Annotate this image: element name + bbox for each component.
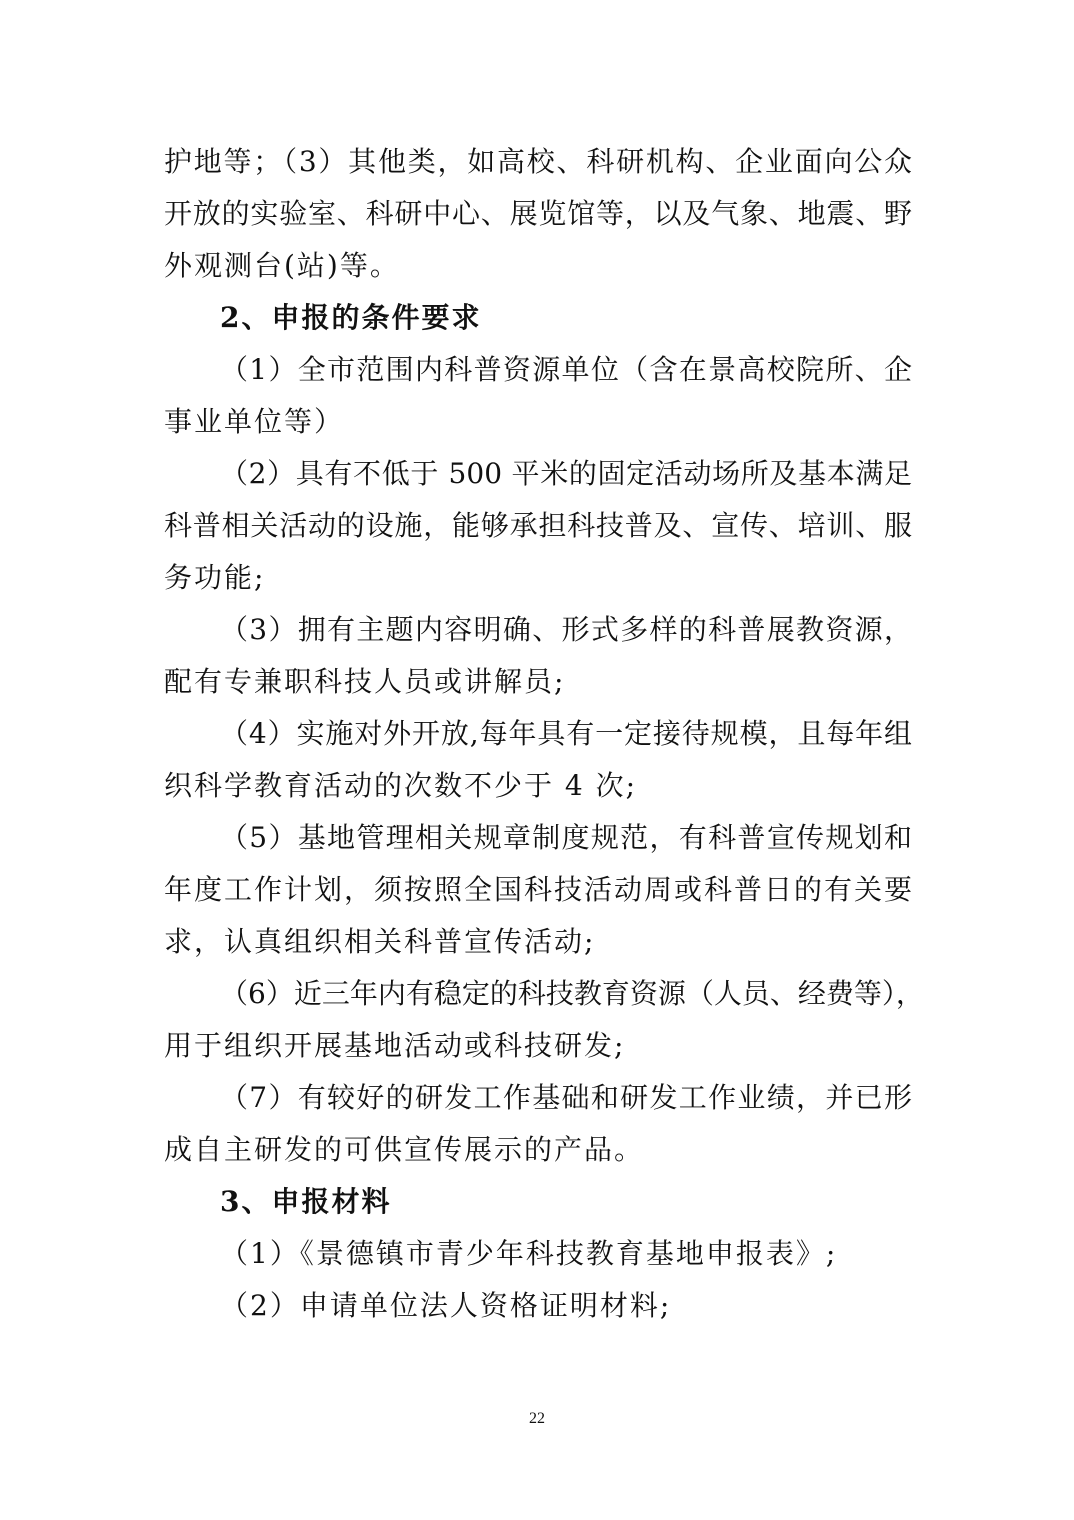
paragraph-line: 科普相关活动的设施，能够承担科技普及、宣传、培训、服	[164, 500, 912, 552]
paragraph-line: 护地等；（3）其他类，如高校、科研机构、企业面向公众	[164, 136, 912, 188]
paragraph-line: 年度工作计划，须按照全国科技活动周或科普日的有关要	[164, 864, 912, 916]
paragraph-line: （3）拥有主题内容明确、形式多样的科普展教资源，	[220, 604, 912, 656]
paragraph-line: 织科学教育活动的次数不少于 4 次;	[164, 760, 637, 812]
paragraph-line: （1）《景德镇市青少年科技教育基地申报表》;	[220, 1228, 837, 1280]
paragraph-line: 求，认真组织相关科普宣传活动;	[164, 916, 595, 968]
section-heading: 3、申报材料	[220, 1176, 391, 1228]
paragraph-line: 事业单位等）	[164, 396, 344, 448]
paragraph-line: 用于组织开展基地活动或科技研发;	[164, 1020, 625, 1072]
page-number: 22	[0, 1410, 1074, 1428]
paragraph-line: （5）基地管理相关规章制度规范，有科普宣传规划和	[220, 812, 912, 864]
paragraph-line: 成自主研发的可供宣传展示的产品。	[164, 1124, 644, 1176]
paragraph-line: （6）近三年内有稳定的科技教育资源（人员、经费等），	[220, 968, 912, 1020]
paragraph-line: （2）申请单位法人资格证明材料;	[220, 1280, 671, 1332]
section-heading: 2、申报的条件要求	[220, 292, 481, 344]
paragraph-line: （2）具有不低于 500 平米的固定活动场所及基本满足	[220, 448, 912, 500]
paragraph-line: 开放的实验室、科研中心、展览馆等，以及气象、地震、野	[164, 188, 912, 240]
paragraph-line: 外观测台(站)等。	[164, 240, 400, 292]
paragraph-line: （4）实施对外开放,每年具有一定接待规模，且每年组	[220, 708, 912, 760]
paragraph-line: 务功能;	[164, 552, 265, 604]
paragraph-line: （1）全市范围内科普资源单位（含在景高校院所、企	[220, 344, 912, 396]
paragraph-line: （7）有较好的研发工作基础和研发工作业绩，并已形	[220, 1072, 912, 1124]
paragraph-line: 配有专兼职科技人员或讲解员;	[164, 656, 565, 708]
